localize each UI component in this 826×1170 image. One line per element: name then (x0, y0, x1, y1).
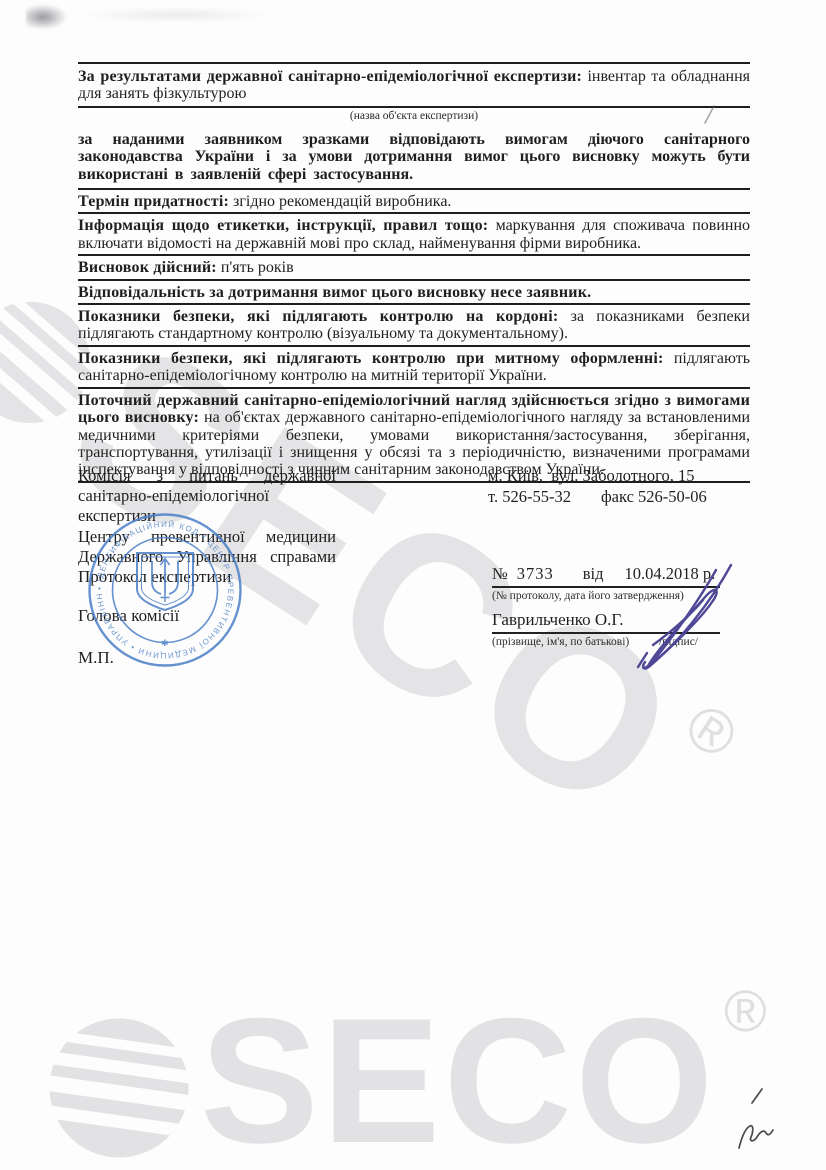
row-label: Висновок дійсний: (78, 259, 217, 276)
expertise-object-row: За результатами державної санітарно-епід… (78, 64, 750, 108)
label-info-row: Інформація щодо етикетки, інструкції, пр… (78, 214, 750, 256)
scan-smudge (86, 7, 266, 23)
commission-line: Центру превентивної медицини (78, 527, 336, 547)
name-caption: (прізвище, ім'я, по батькові) (492, 636, 629, 649)
address-line: м. Київ, вул. Заболотного, 15 (488, 466, 768, 487)
expertise-object-label: За результатами державної санітарно-епід… (78, 68, 582, 85)
protocol-number: 3733 (517, 564, 554, 584)
row-label: Інформація щодо етикетки, інструкції, пр… (78, 217, 488, 234)
scan-smudge (26, 4, 68, 30)
protocol-block: № 3733 від 10.04.2018 р. (№ протоколу, д… (492, 564, 720, 649)
signature-caption: /підпис/ (659, 636, 698, 649)
chairman-label: Голова комісії (78, 606, 179, 626)
row-value: п'ять років (221, 259, 294, 276)
row-label: Відповідальність за дотримання вимог цьо… (78, 284, 591, 301)
protocol-caption: (№ протоколу, дата його затвердження) (492, 590, 720, 603)
fax-number: факс 526-50-06 (601, 487, 707, 508)
row-label: Показники безпеки, які підлягають контро… (78, 308, 558, 325)
protocol-label: Протокол експертизи (78, 567, 231, 587)
phone-number: т. 526-55-32 (488, 487, 571, 508)
globe-icon (48, 1017, 190, 1159)
protocol-date: 10.04.2018 р. (625, 564, 716, 584)
name-caption-row: (прізвище, ім'я, по батькові) /підпис/ (492, 636, 720, 649)
expertise-object-caption: (назва об'єкта експертизи) (78, 108, 750, 126)
row-label: Показники безпеки, які підлягають контро… (78, 350, 664, 367)
border-control-row: Показники безпеки, які підлягають контро… (78, 305, 750, 347)
phone-line: т. 526-55-32 факс 526-50-06 (488, 487, 768, 508)
commission-line: Державного Управління справами (78, 547, 336, 567)
customs-control-row: Показники безпеки, які підлягають контро… (78, 347, 750, 389)
protocol-number-line: № 3733 від 10.04.2018 р. (492, 564, 720, 588)
responsibility-row: Відповідальність за дотримання вимог цьо… (78, 281, 750, 305)
seco-logo-text: SECO (200, 992, 716, 1170)
shelf-life-row: Термін придатності: згідно рекомендацій … (78, 190, 750, 214)
commission-line: санітарно-епідеміологічної експертизи (78, 486, 336, 526)
seal-place-note: М.П. (78, 648, 114, 668)
validity-row: Висновок дійсний: п'ять років (78, 256, 750, 280)
registered-mark-icon: ® (675, 694, 747, 771)
address-block: м. Київ, вул. Заболотного, 15 т. 526-55-… (488, 466, 768, 507)
chairman-name: Гаврильченко О.Г. (492, 610, 720, 634)
pen-mark (739, 1089, 773, 1148)
expertise-conclusion-body: За результатами державної санітарно-епід… (78, 62, 750, 483)
row-label: Термін придатності: (78, 193, 229, 210)
registered-mark-icon: ® (724, 983, 767, 1041)
commission-line: Комісія з питань державної (78, 466, 336, 486)
row-value: згідно рекомендацій виробника. (233, 193, 451, 210)
compliance-statement: за наданими заявником зразками відповіда… (78, 126, 750, 190)
scanned-document-page: SECO ® SECO ® За результатами державної … (0, 0, 826, 1170)
from-word: від (583, 564, 604, 584)
number-sign: № (492, 564, 508, 584)
commission-block: Комісія з питань державної санітарно-епі… (78, 466, 336, 567)
stamp-star-icon: ✱ (161, 638, 169, 648)
